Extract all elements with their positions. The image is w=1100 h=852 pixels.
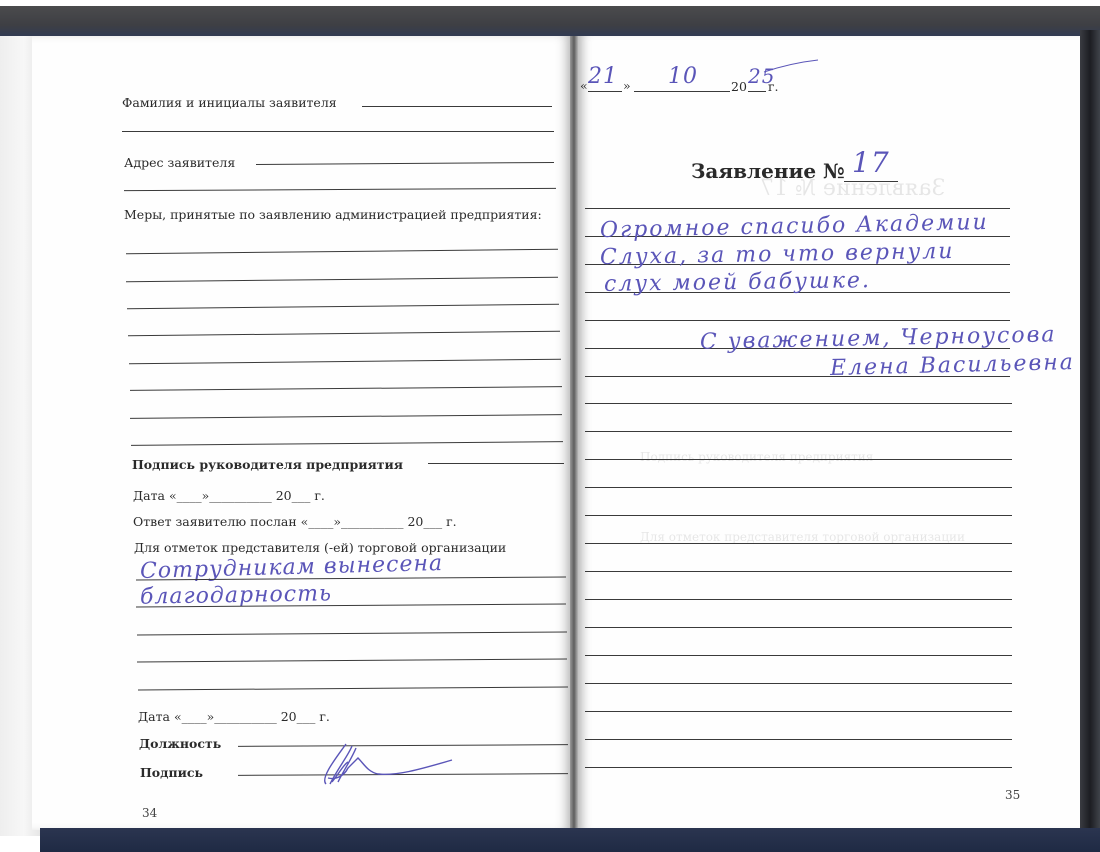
handwritten-text-line: слух моей бабушке. bbox=[604, 268, 871, 297]
text-line[interactable] bbox=[585, 459, 1012, 460]
text-line[interactable] bbox=[585, 599, 1012, 600]
text-line[interactable] bbox=[585, 627, 1012, 628]
application-title: Заявление № bbox=[691, 159, 845, 183]
applicant-name-label: Фамилия и инициалы заявителя bbox=[122, 95, 337, 110]
applicant-name-line-2[interactable] bbox=[122, 131, 554, 132]
manager-signature-line[interactable] bbox=[428, 463, 564, 464]
reply-sent-line[interactable]: Ответ заявителю послан «____»__________ … bbox=[133, 514, 457, 529]
show-through-text: Для отметок представителя торговой орган… bbox=[640, 530, 965, 544]
book-cover-bottom bbox=[40, 828, 1100, 852]
text-line[interactable] bbox=[585, 711, 1012, 712]
text-line[interactable] bbox=[585, 739, 1012, 740]
date-line[interactable]: Дата «____»__________ 20___ г. bbox=[133, 488, 325, 503]
date-close-quote: » bbox=[623, 78, 631, 93]
text-line[interactable] bbox=[585, 767, 1012, 768]
date-open-quote: « bbox=[580, 78, 588, 93]
book-cover-top bbox=[0, 6, 1100, 38]
text-line[interactable] bbox=[585, 543, 1012, 544]
position-label: Должность bbox=[139, 736, 221, 751]
text-line[interactable] bbox=[585, 487, 1012, 488]
date-month[interactable]: 10 bbox=[668, 64, 698, 89]
text-line[interactable] bbox=[585, 320, 1010, 321]
text-line[interactable] bbox=[585, 571, 1012, 572]
pen-stroke-icon bbox=[762, 58, 822, 74]
signature-scribble-icon bbox=[318, 738, 458, 788]
text-line[interactable] bbox=[585, 403, 1012, 404]
text-line[interactable] bbox=[585, 683, 1012, 684]
trade-org-notes-label: Для отметок представителя (-ей) торговой… bbox=[134, 540, 506, 555]
date-year-line bbox=[748, 91, 766, 92]
text-line[interactable] bbox=[585, 431, 1012, 432]
applicant-name-line[interactable] bbox=[362, 106, 552, 107]
manager-signature-label: Подпись руководителя предприятия bbox=[132, 457, 403, 472]
book-cover-right bbox=[1080, 30, 1100, 852]
applicant-address-label: Адрес заявителя bbox=[124, 155, 235, 170]
measures-label: Меры, принятые по заявлению администраци… bbox=[124, 207, 542, 222]
signature-label: Подпись bbox=[140, 765, 203, 780]
text-line[interactable] bbox=[585, 208, 1010, 209]
date-month-line bbox=[634, 91, 730, 92]
text-line[interactable] bbox=[585, 655, 1012, 656]
show-through-text: Подпись руководителя предприятия bbox=[640, 450, 873, 464]
date-year-prefix: 20 bbox=[731, 79, 747, 94]
text-line[interactable] bbox=[585, 515, 1012, 516]
date-day[interactable]: 21 bbox=[588, 64, 618, 89]
date-day-line bbox=[588, 91, 622, 92]
date-year-unit: г. bbox=[768, 79, 779, 94]
book-spine bbox=[570, 36, 578, 830]
application-number-line bbox=[844, 181, 898, 182]
date-line-2[interactable]: Дата «____»__________ 20___ г. bbox=[138, 709, 330, 724]
page-number-right: 35 bbox=[1005, 788, 1020, 802]
application-number[interactable]: 17 bbox=[852, 146, 890, 179]
page-number-left: 34 bbox=[142, 806, 157, 820]
